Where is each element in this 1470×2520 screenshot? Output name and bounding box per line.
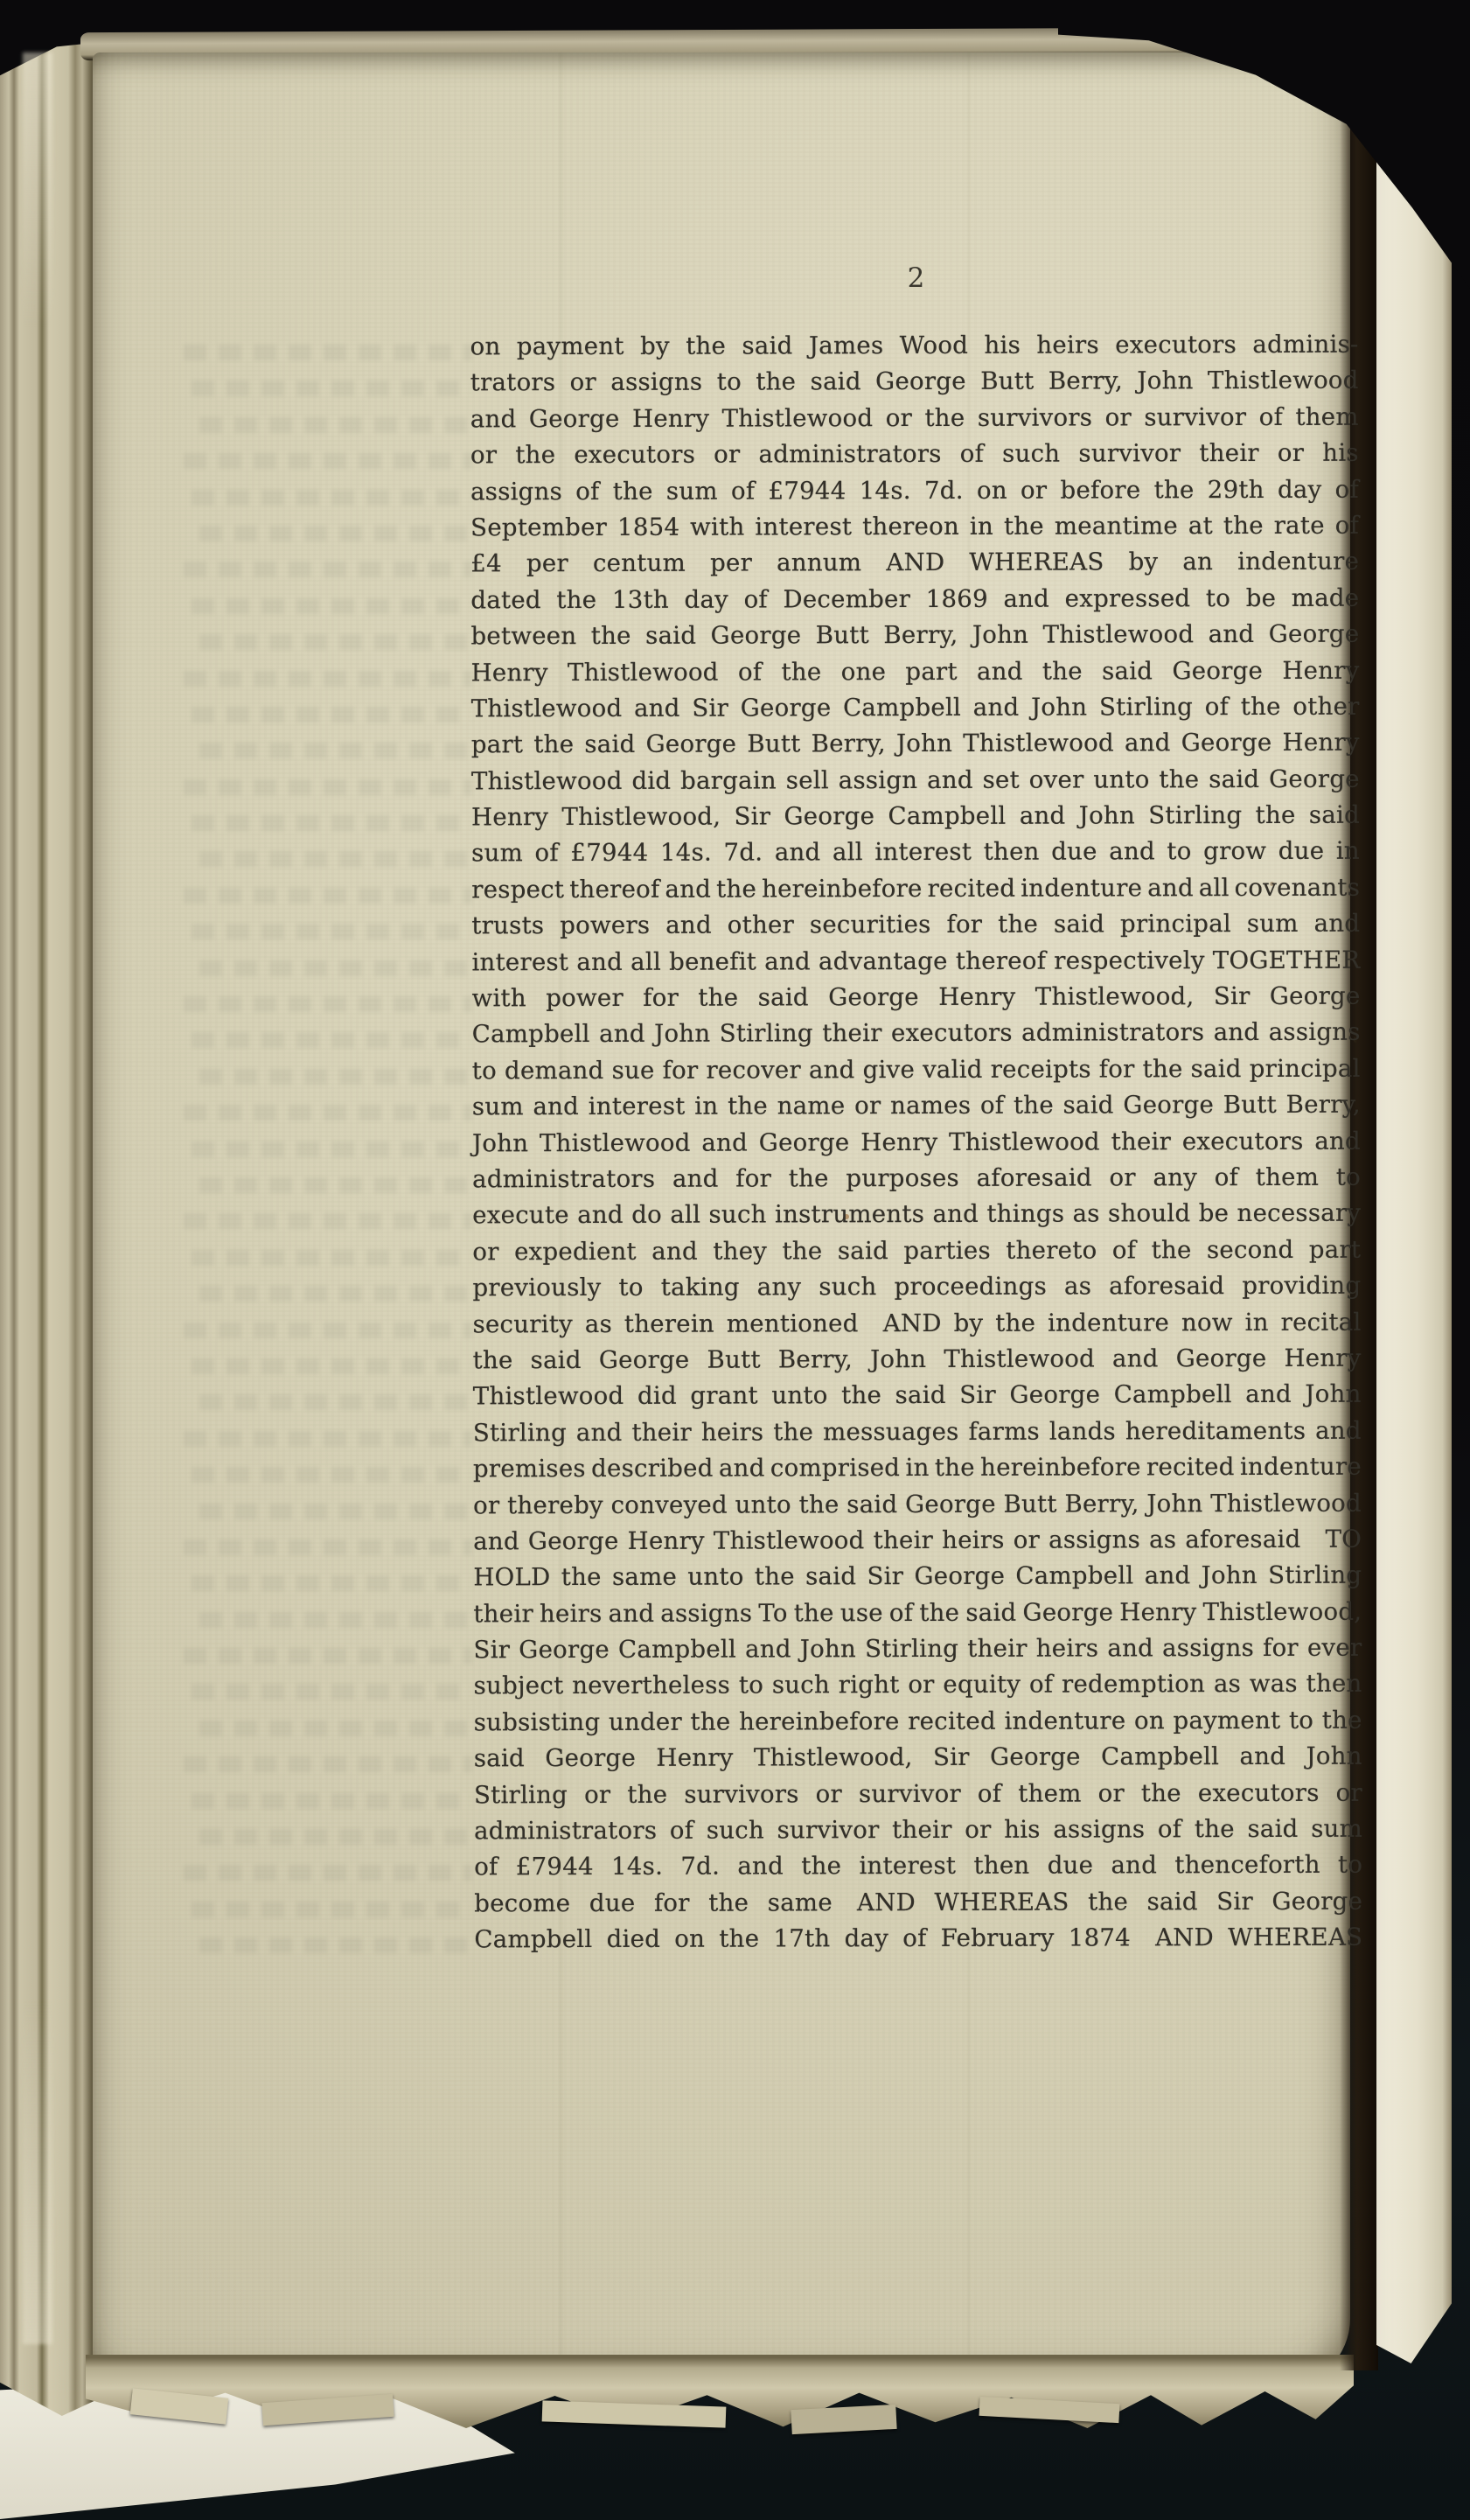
torn-paper-piece — [542, 2400, 727, 2427]
text-line: andGeorgeHenryThistlewoodorthesurvivorso… — [470, 398, 1359, 436]
text-line: trustspowersandothersecuritiesforthesaid… — [471, 905, 1360, 944]
text-line: betweenthesaidGeorgeButtBerry,JohnThistl… — [470, 616, 1359, 654]
text-line: CampbellandJohnStirlingtheirexecutorsadm… — [472, 1014, 1361, 1052]
text-line: Thistlewooddidbargainsellassignandsetove… — [471, 760, 1360, 799]
text-line: JohnThistlewoodandGeorgeHenryThistlewood… — [472, 1122, 1361, 1161]
text-line: previouslytotakinganysuchproceedingsasaf… — [472, 1267, 1361, 1306]
text-line: Campbelldiedonthe17thdayofFebruary1874 A… — [474, 1919, 1362, 1958]
text-line: ortherebyconveyeduntothesaidGeorgeButtBe… — [473, 1484, 1362, 1523]
text-line: HOLDthesameuntothesaidSirGeorgeCampbella… — [473, 1557, 1362, 1595]
text-line: theirheirsandassignsTotheuseofthesaidGeo… — [473, 1593, 1362, 1631]
text-line: executeanddoallsuchinstrumentsandthingsa… — [472, 1195, 1361, 1233]
text-line: andGeorgeHenryThistlewoodtheirheirsorass… — [473, 1521, 1362, 1560]
text-line: £4percentumperannum ANDWHEREASbyanindent… — [470, 543, 1359, 582]
text-line: ThistlewooddidgrantuntothesaidSirGeorgeC… — [473, 1376, 1362, 1414]
text-line: HenryThistlewoodoftheonepartandthesaidGe… — [471, 652, 1360, 690]
spine-highlight — [23, 52, 52, 2344]
text-line: tratorsorassignstothesaidGeorgeButtBerry… — [470, 362, 1359, 401]
text-line: of£794414s.7d.andtheinterestthendueandth… — [474, 1846, 1362, 1885]
text-line: sumandinterestinthenameornamesofthesaidG… — [472, 1086, 1361, 1125]
photo-backdrop: 2 onpaymentbythesaidJamesWoodhisheirsexe… — [0, 0, 1470, 2520]
text-line: onpaymentbythesaidJamesWoodhisheirsexecu… — [470, 326, 1359, 365]
text-line: SirGeorgeCampbellandJohnStirlingtheirhei… — [473, 1630, 1362, 1668]
text-line: securityasthereinmentioned ANDbytheinden… — [472, 1303, 1361, 1342]
text-line: ortheexecutorsoradministratorsofsuchsurv… — [470, 435, 1359, 473]
text-line: HenryThistlewood,SirGeorgeCampbellandJoh… — [471, 797, 1360, 835]
text-line: withpowerforthesaidGeorgeHenryThistlewoo… — [472, 978, 1361, 1016]
document-text-block: onpaymentbythesaidJamesWoodhisheirsexecu… — [470, 326, 1363, 1958]
text-line: datedthe13thdayofDecember1869andexpresse… — [470, 579, 1359, 618]
text-line: Stirlingandtheirheirsthemessuagesfarmsla… — [473, 1412, 1362, 1450]
text-line: thesaidGeorgeButtBerry,JohnThistlewoodan… — [473, 1340, 1362, 1379]
text-line: respectthereofandthehereinbeforerecitedi… — [471, 869, 1360, 908]
text-line: sumof£794414s.7d.andallinterestthenduean… — [471, 833, 1360, 871]
text-line: subsistingunderthehereinbeforerecitedind… — [474, 1702, 1362, 1741]
text-line: subjectneverthelesstosuchrightorequityof… — [474, 1665, 1362, 1704]
text-line: becomedueforthesame ANDWHEREASthesaidSir… — [474, 1882, 1362, 1921]
text-line: partthesaidGeorgeButtBerry,JohnThistlewo… — [471, 724, 1360, 763]
text-line: saidGeorgeHenryThistlewood,SirGeorgeCamp… — [474, 1738, 1362, 1777]
text-line: administratorsandforthepurposesaforesaid… — [472, 1159, 1361, 1197]
page-number: 2 — [472, 262, 1361, 294]
bleedthrough-smudge — [184, 334, 472, 1964]
text-line: ThistlewoodandSirGeorgeCampbellandJohnSt… — [471, 688, 1360, 727]
text-line: premisesdescribedandcomprisedintheherein… — [473, 1448, 1362, 1487]
text-line: interestandallbenefitandadvantagethereof… — [471, 941, 1360, 980]
text-line: administratorsofsuchsurvivortheirorhisas… — [474, 1811, 1362, 1849]
facing-page-edge — [1376, 54, 1452, 2363]
text-line: orexpedientandtheythesaidpartiestheretoo… — [472, 1231, 1361, 1269]
text-line: todemandsueforrecoverandgivevalidreceipt… — [472, 1050, 1361, 1088]
text-line: Stirlingorthesurvivorsorsurvivorofthemor… — [474, 1774, 1362, 1812]
text-line: September1854withinterestthereoninthemea… — [470, 507, 1359, 546]
torn-paper-piece — [791, 2405, 896, 2434]
text-line: assignsofthesumof£794414s.7d.onorbeforet… — [470, 471, 1359, 509]
